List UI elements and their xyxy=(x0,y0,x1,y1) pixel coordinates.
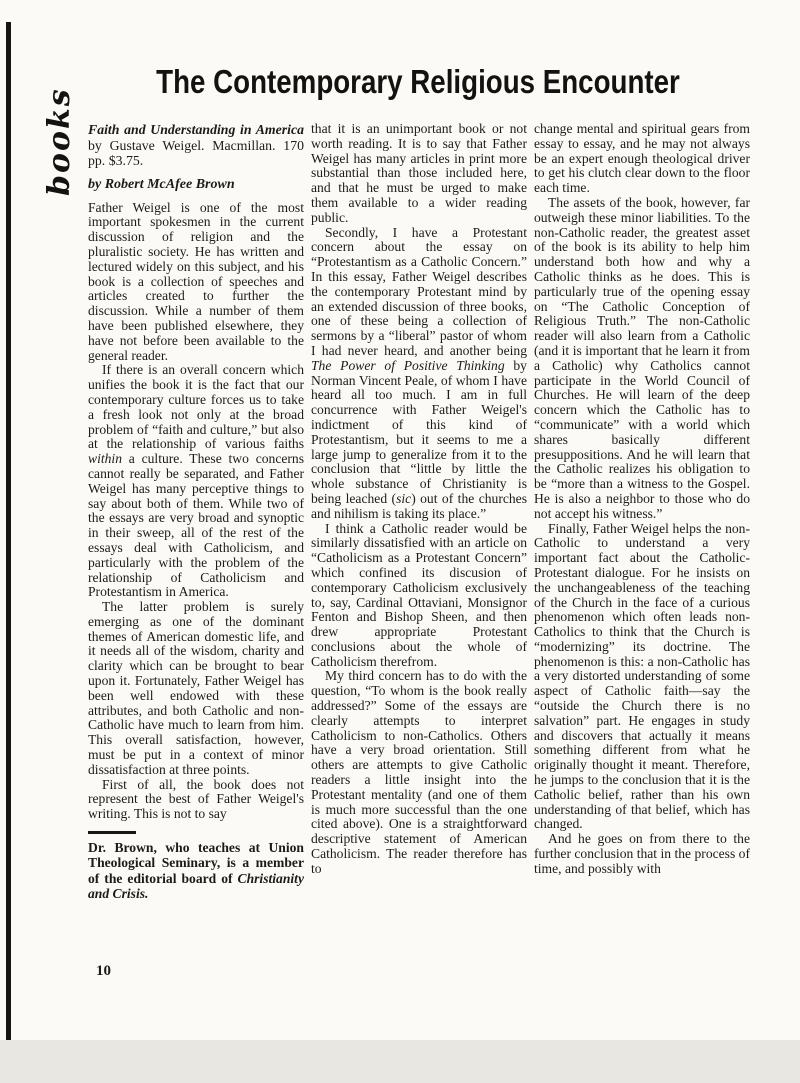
paragraph: The latter problem is surely emerging as… xyxy=(88,600,304,778)
paragraph: Father Weigel is one of the most importa… xyxy=(88,201,304,364)
books-section-label: books xyxy=(42,96,77,196)
paragraph: Secondly, I have a Protestant concern ab… xyxy=(311,226,527,522)
paragraph: Finally, Father Weigel helps the non-Cat… xyxy=(534,522,750,833)
article-title: The Contemporary Religious Encounter xyxy=(141,64,695,100)
column-3: change mental and spiritual gears from e… xyxy=(534,122,750,902)
paragraph: And he goes on from there to the further… xyxy=(534,832,750,876)
text-run: Secondly, I have a Protestant concern ab… xyxy=(311,225,527,358)
page-number: 10 xyxy=(96,963,111,980)
page-gutter-line xyxy=(6,22,11,1050)
book-title: Faith and Understanding in America xyxy=(88,122,304,137)
column-2: that it is an unimportant book or not wo… xyxy=(311,122,527,902)
paragraph: The assets of the book, however, far out… xyxy=(534,196,750,522)
column-1: Faith and Understanding in America by Gu… xyxy=(88,122,304,902)
text-run: If there is an overall concern which uni… xyxy=(88,362,304,451)
book-citation: Faith and Understanding in America by Gu… xyxy=(88,122,304,169)
scan-edge xyxy=(0,1040,800,1083)
text-run-italic: within xyxy=(88,451,122,466)
paragraph: My third concern has to do with the ques… xyxy=(311,669,527,876)
article-body: Faith and Understanding in America by Gu… xyxy=(88,122,750,902)
book-title-mention: The Power of Positive Thinking xyxy=(311,358,505,373)
text-run-italic: sic xyxy=(396,491,411,506)
text-run: by Norman Vincent Peale, of whom I have … xyxy=(311,358,527,506)
paragraph: that it is an unimportant book or not wo… xyxy=(311,122,527,226)
paragraph: change mental and spiritual gears from e… xyxy=(534,122,750,196)
footnote: Dr. Brown, who teaches at Union Theologi… xyxy=(88,840,304,902)
footnote-divider xyxy=(88,831,136,834)
text-run: a culture. These two concerns cannot rea… xyxy=(88,451,304,599)
byline: by Robert McAfee Brown xyxy=(88,178,304,193)
book-citation-details: by Gustave Weigel. Macmillan. 170 pp. $3… xyxy=(88,138,304,169)
paragraph: If there is an overall concern which uni… xyxy=(88,363,304,600)
paragraph: I think a Catholic reader would be simil… xyxy=(311,522,527,670)
paragraph: First of all, the book does not represen… xyxy=(88,778,304,822)
